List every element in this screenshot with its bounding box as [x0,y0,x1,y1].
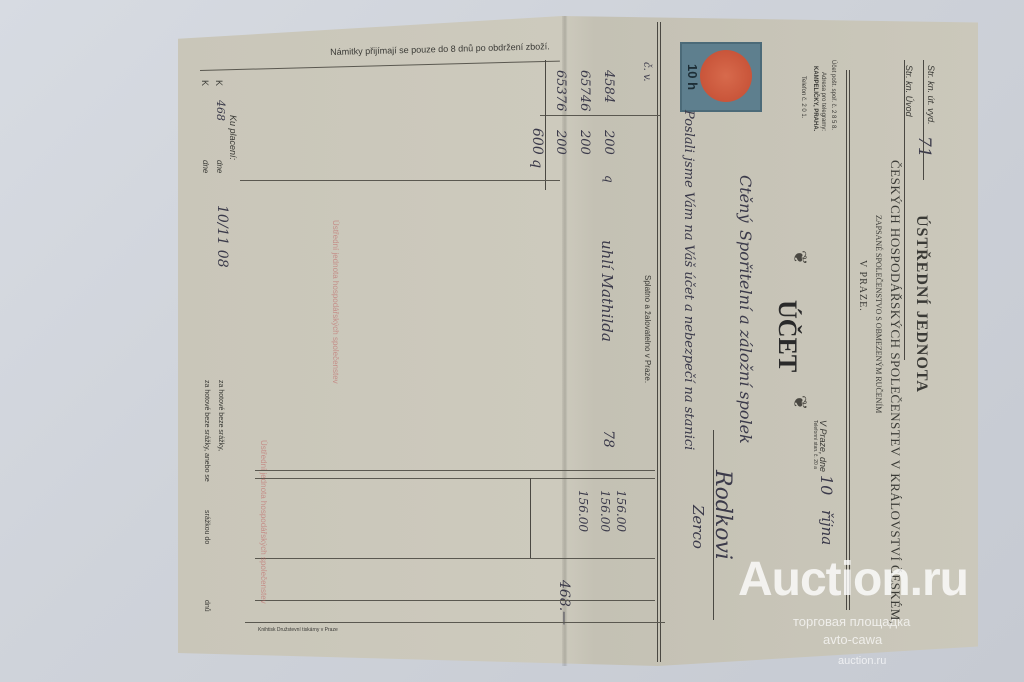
total-qty: 600 q [529,128,545,168]
date-day: 10 [817,475,836,495]
ref-value-1: 71 [914,136,934,158]
watermark-line3: auction.ru [838,655,886,667]
info-telegram: KAMPELIČKY, PRAHA. [812,66,818,131]
item-unit: q [602,175,616,183]
printer-credit: Knihtisk Družstevní tiskárny v Praze [258,627,338,633]
item-qty: 200 [553,130,568,155]
item-price: 78 [600,430,616,448]
info-phone: Telefon č. 2 0 1. [800,76,806,118]
amount-rule-4 [255,600,655,601]
payment-label: Ku placení: [228,115,238,160]
red-stamp: Ústřední jednota hospodářských společens… [331,220,340,384]
body-text: Poslali jsme Vám na Váš účet a nebezpečí… [681,110,696,450]
body-rule-a [657,22,658,662]
ref-label-1: Str. kn. út. vyd. [926,65,936,125]
amount-rule-2 [255,478,655,479]
salutation: Ctěný [736,175,755,222]
ref-label-2: Str. kn. Úvod [904,65,914,117]
total-amount: 468.— [556,580,572,625]
stamp-denomination: 10 h [684,48,700,106]
item-description: uhlí Mathilda [598,240,616,342]
ornament-bottom-icon: ❦ [789,395,810,410]
item-qty: 200 [601,130,616,155]
payment-k1: K [214,80,224,86]
place-date-label: V Praze, dne [818,420,828,472]
watermark-line2: avto-cawa [823,632,882,647]
handwritten-extra: Zerco [689,505,707,549]
payment-dne1: dne [215,160,224,173]
item-code: 4584 [601,70,616,103]
amount-rule-1 [255,470,655,471]
stamp-emblem-icon [700,50,752,102]
header-rule-b [849,70,850,610]
payment-terms: Splatno a žalovatelno v Praze. [643,275,652,383]
info-postal: Účet pošt. spoř. č. 2 8 5 8. [830,60,836,130]
header-rule-a [846,70,847,610]
amount-rule-3 [255,558,655,559]
cash-terms-2: za hotové beze srážky, anebo se [203,380,210,482]
watermark-line1: торговая площадка [793,614,910,629]
item-code: 65746 [577,70,592,111]
info-telegram-label: Adresa pro telegramy: [820,72,826,131]
cash-terms-4: dnů [203,600,210,612]
payment-dne2: dne [201,160,210,173]
org-name-line1: ÚSTŘEDNÍ JEDNOTA [912,215,930,393]
paper-fold [562,16,568,666]
item-code: 65376 [553,70,568,111]
date-month: října [818,510,836,545]
place-date-small: Telefonní stan. č. 20 a [812,420,818,469]
payment-k2: K [200,80,210,86]
payment-date: 10/11 08 [214,205,230,268]
amount-rule-5 [245,622,665,623]
ref-rule-2 [904,60,905,360]
addressee-rule [713,430,714,620]
amount-col-rule [530,478,531,558]
item-amount: 156.00 [576,490,590,532]
payment-k1-value: 468 [214,100,227,121]
org-name-line3: ZAPSANÉ SPOLEČENSTVO S OBMEZENÝM RUČENÍM [874,215,883,413]
items-header-rule [540,115,660,116]
org-name-line4: V PRAZE. [857,260,868,312]
document-title: ÚČET [772,300,802,372]
item-qty: 200 [577,130,592,155]
watermark-brand: Auction.ru [738,552,968,607]
cash-terms-1: za hotové beze srážky, [217,380,224,451]
item-amount: 156.00 [598,490,612,532]
item-amount: 156.00 [614,490,628,532]
revenue-stamp: 10 h [680,42,762,112]
body-rule-b [660,22,661,662]
cash-terms-3: srážkou do [203,510,210,544]
payment-rule [240,180,560,181]
item-code-label: č. v. [641,62,652,82]
ornament-top-icon: ❦ [789,250,810,265]
ref-rule-1 [923,60,924,180]
red-stamp-lower: Ústřední jednota hospodářských společens… [259,440,268,604]
addressee-name: Spořitelní a záložní spolek [736,230,755,444]
items-left-rule [545,60,546,190]
